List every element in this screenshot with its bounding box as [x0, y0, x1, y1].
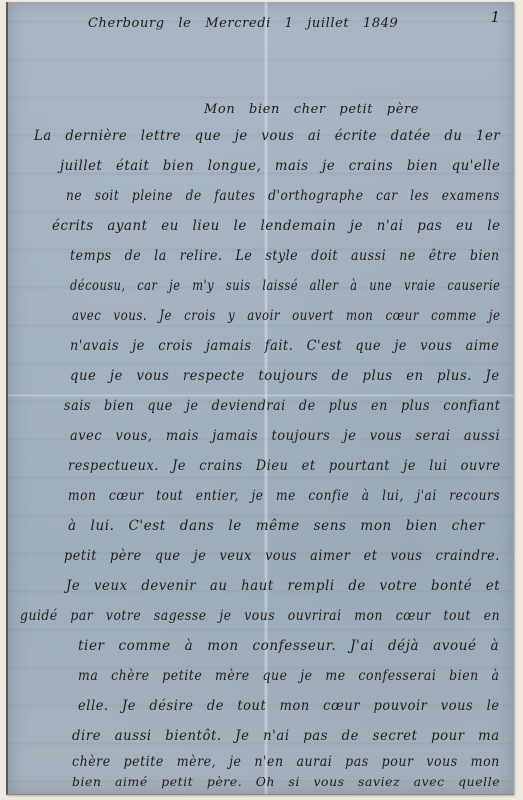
- text-line: ne soit pleine de fautes d'orthographe c…: [66, 188, 500, 204]
- text-line: écrits ayant eu lieu le lendemain je n'a…: [52, 218, 501, 234]
- horizontal-fold-crease: [8, 394, 514, 397]
- text-line: dire aussi bientôt. Je n'ai pas de secre…: [72, 728, 500, 744]
- text-line: tier comme à mon confesseur. J'ai déjà a…: [78, 638, 499, 654]
- text-line: décousu, car je m'y suis laissé aller à …: [70, 278, 500, 294]
- letter-header-date: Cherbourg le Mercredi 1 juillet 1849: [88, 16, 398, 31]
- text-line: chère petite mère, je n'en aurai pas pou…: [72, 754, 500, 770]
- letter-page: 1 Cherbourg le Mercredi 1 juillet 1849 M…: [6, 2, 514, 795]
- page-number: 1: [490, 8, 500, 26]
- text-line: La dernière lettre que je vous ai écrite…: [34, 128, 500, 144]
- text-line: mon cœur tout entier, je me confie à lui…: [68, 488, 500, 504]
- text-line: guidé par votre sagesse je vous ouvrirai…: [20, 608, 500, 624]
- salutation: Mon bien cher petit père: [204, 102, 419, 117]
- text-line: elle. Je désire de tout mon cœur pouvoir…: [78, 698, 500, 714]
- text-line: à lui. C'est dans le même sens mon bien …: [68, 518, 485, 534]
- text-line: petit père que je veux vous aimer et vou…: [64, 548, 500, 564]
- text-line: sais bien que je deviendrai de plus en p…: [64, 398, 500, 414]
- text-line: respectueux. Je crains Dieu et pourtant …: [68, 458, 501, 474]
- text-line: avec vous. Je crois y avoir ouvert mon c…: [72, 308, 501, 324]
- text-line: Je veux devenir au haut rempli de votre …: [66, 578, 500, 594]
- text-line: ma chère petite mère que je me confesser…: [78, 668, 499, 684]
- text-line: temps de la relire. Le style doit aussi …: [70, 248, 500, 264]
- text-line: n'avais je crois jamais fait. C'est que …: [70, 338, 499, 354]
- text-line: que je vous respecte toujours de plus en…: [70, 368, 500, 384]
- text-line: juillet était bien longue, mais je crain…: [60, 158, 500, 174]
- text-line: avec vous, mais jamais toujours je vous …: [70, 428, 500, 444]
